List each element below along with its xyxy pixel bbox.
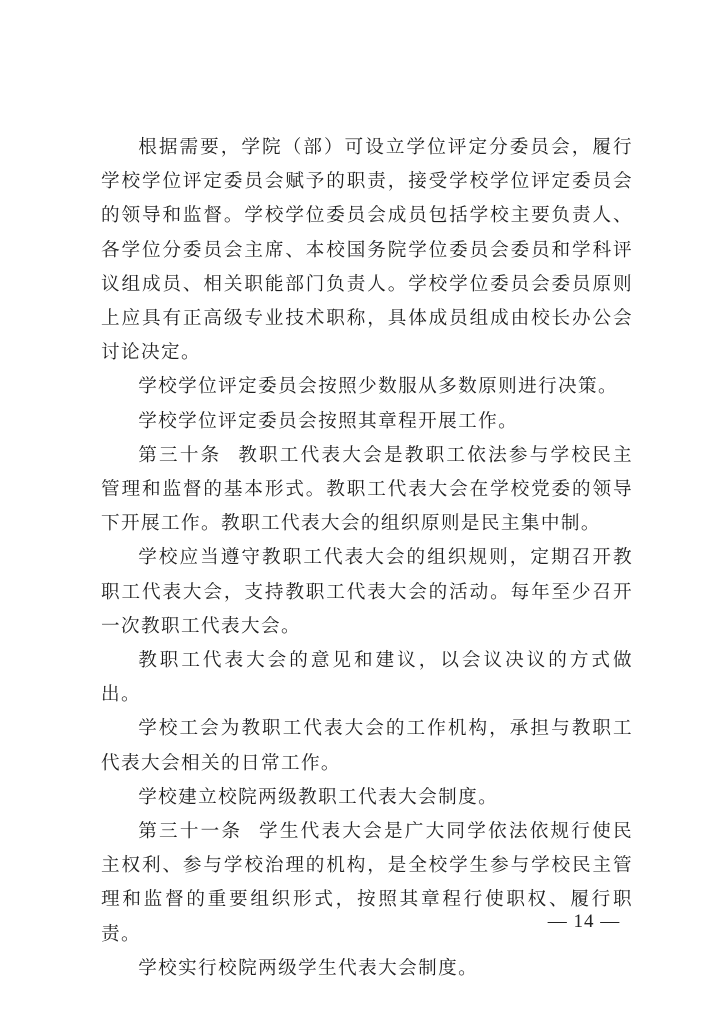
paragraph-text: 学校实行校院两级学生代表大会制度。 — [138, 958, 478, 979]
document-body: 根据需要，学院（部）可设立学位评定分委员会，履行学校学位评定委员会赋予的职责，接… — [101, 131, 633, 986]
paragraph-text: 学校应当遵守教职工代表大会的组织规则，定期召开教职工代表大会，支持教职工代表大会… — [101, 547, 633, 636]
paragraph-text: 学校工会为教职工代表大会的工作机构，承担与教职工代表大会相关的日常工作。 — [101, 718, 633, 773]
paragraph-committee-charter: 学校学位评定委员会按照其章程开展工作。 — [101, 405, 633, 439]
page-number: — 14 — — [544, 911, 624, 933]
paragraph-degree-subcommittee: 根据需要，学院（部）可设立学位评定分委员会，履行学校学位评定委员会赋予的职责，接… — [101, 131, 633, 370]
paragraph-text: 学校学位评定委员会按照少数服从多数原则进行决策。 — [138, 376, 618, 397]
paragraph-union-role: 学校工会为教职工代表大会的工作机构，承担与教职工代表大会相关的日常工作。 — [101, 712, 633, 780]
paragraph-article-30: 第三十条教职工代表大会是教职工依法参与学校民主管理和监督的基本形式。教职工代表大… — [101, 439, 633, 542]
paragraph-text: 根据需要，学院（部）可设立学位评定分委员会，履行学校学位评定委员会赋予的职责，接… — [101, 137, 633, 363]
article-heading: 第三十一条 — [138, 821, 242, 842]
paragraph-two-level-student-congress: 学校实行校院两级学生代表大会制度。 — [101, 952, 633, 986]
paragraph-staff-congress-resolutions: 教职工代表大会的意见和建议，以会议决议的方式做出。 — [101, 644, 633, 712]
paragraph-staff-congress-rules: 学校应当遵守教职工代表大会的组织规则，定期召开教职工代表大会，支持教职工代表大会… — [101, 541, 633, 644]
article-heading: 第三十条 — [138, 445, 221, 466]
paragraph-text: 学校学位评定委员会按照其章程开展工作。 — [138, 411, 518, 432]
paragraph-text: 学校建立校院两级教职工代表大会制度。 — [138, 787, 498, 808]
paragraph-text: 教职工代表大会的意见和建议，以会议决议的方式做出。 — [101, 650, 633, 705]
paragraph-decision-principle: 学校学位评定委员会按照少数服从多数原则进行决策。 — [101, 370, 633, 404]
paragraph-two-level-staff-congress: 学校建立校院两级教职工代表大会制度。 — [101, 781, 633, 815]
document-page: 根据需要，学院（部）可设立学位评定分委员会，履行学校学位评定委员会赋予的职责，接… — [0, 0, 724, 1023]
